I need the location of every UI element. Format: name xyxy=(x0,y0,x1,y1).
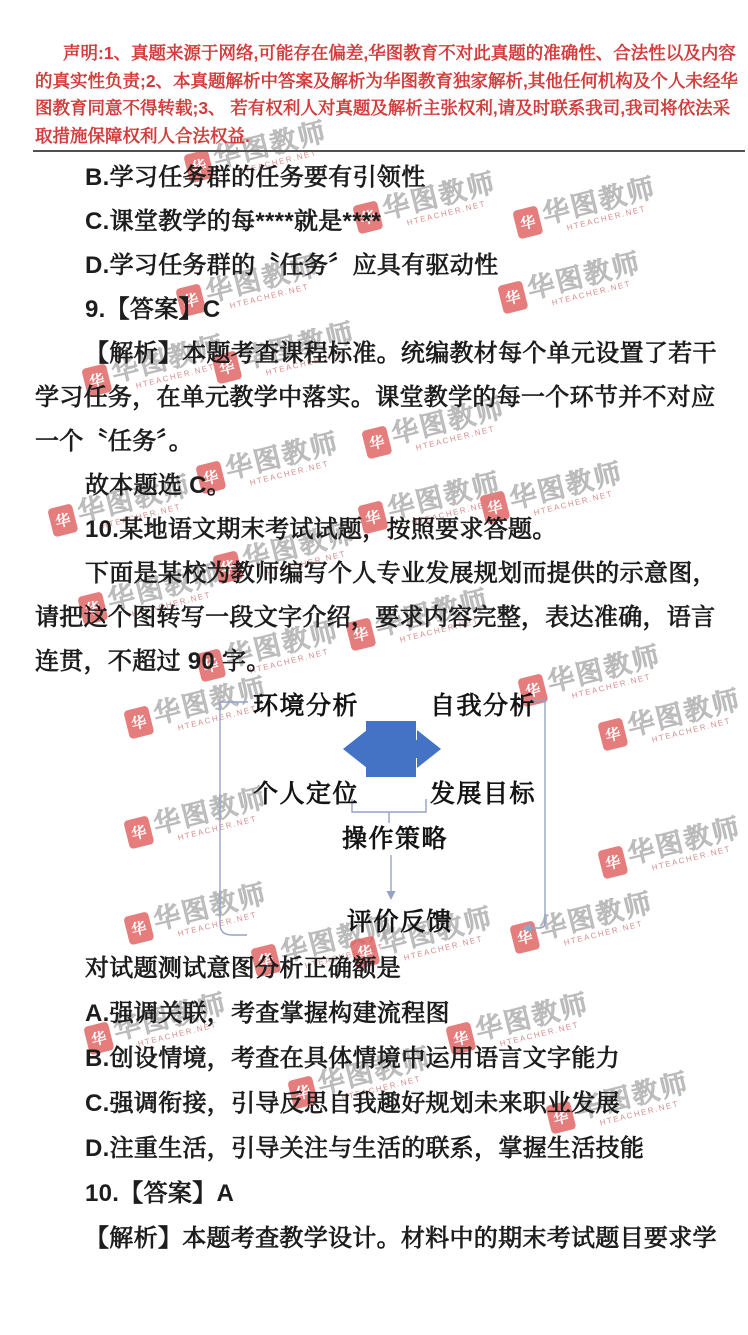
left-arrowhead-icon xyxy=(343,730,367,768)
disclaimer: 声明:1、真题来源于网络,可能存在偏差,华图教育不对此真题的准确性、合法性以及内… xyxy=(35,40,717,150)
text-block-bottom: 对试题测试意图分析正确额是A.强调关联，考查掌握构建流程图B.创设情境，考查在具… xyxy=(35,946,730,1261)
text-line: 对试题测试意图分析正确额是 xyxy=(35,946,730,991)
text-line: 9.【答案】C xyxy=(35,288,730,332)
center-square-shape xyxy=(366,721,416,777)
diagram-node-operation-strategy: 操作策略 xyxy=(342,819,448,855)
disclaimer-line: 声明:1、真题来源于网络,可能存在偏差,华图教育不对此真题的准确性、合法性以及内… xyxy=(35,40,717,68)
disclaimer-line: 图教育同意不得转载;3、 若有权利人对真题及解析主张权利,请及时联系我司,我司将… xyxy=(35,95,717,123)
text-line: 10.某地语文期末考试试题，按照要求答题。 xyxy=(35,508,730,552)
text-line: D.学习任务群的〝任务〞应具有驱动性 xyxy=(35,244,730,288)
text-line: C.强调衔接，引导反思自我趣好规划未来职业发展 xyxy=(35,1081,730,1126)
diagram-node-environment-analysis: 环境分析 xyxy=(253,686,359,722)
diagram-right-rail-arrowhead-icon xyxy=(522,924,531,933)
text-line: 故本题选 C。 xyxy=(35,464,730,508)
development-plan-diagram: 环境分析 自我分析 个人定位 发展目标 操作策略 评价反馈 xyxy=(0,678,748,948)
text-line: B.创设情境，考查在具体情境中运用语言文字能力 xyxy=(35,1036,730,1081)
diagram-node-evaluation-feedback: 评价反馈 xyxy=(347,902,453,938)
diagram-left-rail xyxy=(220,702,248,935)
text-block-top: B.学习任务群的任务要有引领性C.课堂教学的每****就是****D.学习任务群… xyxy=(35,156,730,684)
text-line: 10.【答案】A xyxy=(35,1171,730,1216)
text-line: 学习任务，在单元教学中落实。课堂教学的每一个环节并不对应 xyxy=(35,376,730,420)
diagram-node-development-goal: 发展目标 xyxy=(430,774,536,810)
document-content: 声明:1、真题来源于网络,可能存在偏差,华图教育不对此真题的准确性、合法性以及内… xyxy=(0,0,748,1335)
diagram-right-rail xyxy=(525,700,545,928)
text-line: 【解析】本题考查课程标准。统编教材每个单元设置了若干 xyxy=(35,332,730,376)
disclaimer-line: 的真实性负责;2、本真题解析中答案及解析为华图教育独家解析,其他任何机构及个人未… xyxy=(35,68,717,96)
document-page: 华华图教师HTEACHER.NET华华图教师HTEACHER.NET华华图教师H… xyxy=(0,0,748,1335)
diagram-node-personal-positioning: 个人定位 xyxy=(253,774,359,810)
text-line: D.注重生活，引导关注与生活的联系，掌握生活技能 xyxy=(35,1126,730,1171)
disclaimer-divider xyxy=(33,150,745,152)
diagram-node-self-analysis: 自我分析 xyxy=(430,686,536,722)
text-line: A.强调关联，考查掌握构建流程图 xyxy=(35,991,730,1036)
text-line: C.课堂教学的每****就是**** xyxy=(35,200,730,244)
text-line: 一个〝任务〞。 xyxy=(35,420,730,464)
text-line: 下面是某校为教师编写个人专业发展规划而提供的示意图， xyxy=(35,552,730,596)
text-line: B.学习任务群的任务要有引领性 xyxy=(35,156,730,200)
text-line: 【解析】本题考查教学设计。材料中的期末考试题目要求学 xyxy=(35,1216,730,1261)
right-arrowhead-icon xyxy=(417,730,441,768)
diagram-down-arrowhead-icon xyxy=(387,891,396,900)
text-line: 请把这个图转写一段文字介绍，要求内容完整，表达准确，语言 xyxy=(35,596,730,640)
disclaimer-line: 取措施保障权利人合法权益. xyxy=(35,123,717,151)
